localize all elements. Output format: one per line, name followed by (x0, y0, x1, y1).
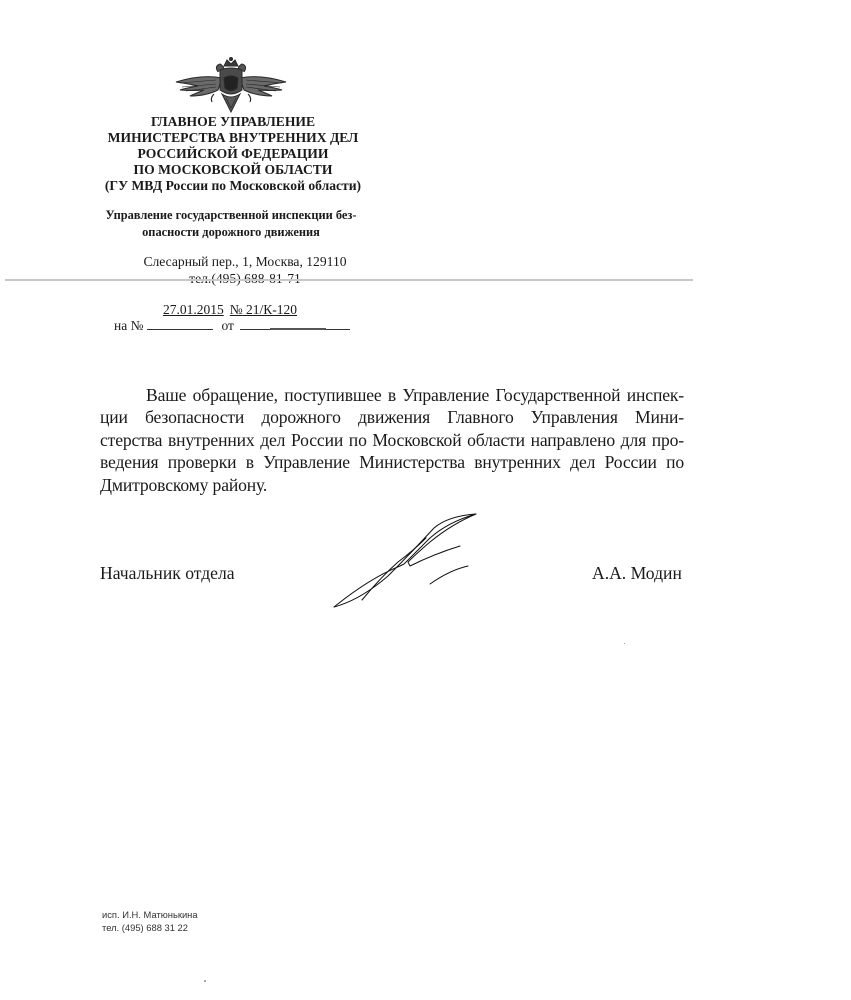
org-line: МИНИСТЕРСТВА ВНУТРЕННИХ ДЕЛ (100, 130, 366, 146)
organization-header: ГЛАВНОЕ УПРАВЛЕНИЕ МИНИСТЕРСТВА ВНУТРЕНН… (100, 114, 366, 194)
outgoing-number: 21/К-120 (246, 302, 297, 317)
ref-date-blank (240, 318, 350, 330)
executor-name: исп. И.Н. Матюнькина (102, 908, 198, 921)
number-label: № (230, 302, 243, 317)
ref-prefix: на № (114, 318, 143, 333)
org-line: ГЛАВНОЕ УПРАВЛЕНИЕ (100, 114, 366, 130)
signatory-title: Начальник отдела (100, 562, 235, 584)
scan-speck (624, 643, 625, 644)
body-line: ции безопасности дорожного движения Глав… (100, 406, 684, 428)
mvd-emblem-icon (172, 56, 290, 116)
org-line: (ГУ МВД России по Московской области) (100, 178, 366, 194)
handwritten-signature-icon (330, 508, 480, 612)
org-line: ПО МОСКОВСКОЙ ОБЛАСТИ (100, 162, 366, 178)
department-line: опасности дорожного движения (90, 224, 372, 241)
department-line: Управление государственной инспекции без… (90, 207, 372, 224)
executor-phone: тел. (495) 688 31 22 (102, 921, 198, 934)
ref-from-label: от (221, 318, 233, 333)
body-line: ведения проверки в Управление Министерст… (100, 451, 684, 473)
executor-info: исп. И.Н. Матюнькина тел. (495) 688 31 2… (102, 908, 198, 934)
scan-artifact-line (5, 279, 693, 281)
registration-number: 27.01.2015№ 21/К-120 (163, 302, 297, 318)
body-line: Дмитровскому району. (100, 474, 684, 496)
org-line: РОССИЙСКОЙ ФЕДЕРАЦИИ (100, 146, 366, 162)
scan-speck (204, 980, 206, 982)
body-line: стерства внутренних дел России по Москов… (100, 429, 684, 451)
registration-date: 27.01.2015 (163, 302, 224, 317)
letter-body: Ваше обращение, поступившее в Управление… (100, 384, 684, 496)
address-block: Слесарный пер., 1, Москва, 129110 тел.(4… (100, 253, 390, 287)
ref-number-blank (147, 318, 213, 330)
body-line: Ваше обращение, поступившее в Управление… (100, 384, 684, 406)
signatory-name: А.А. Модин (592, 562, 682, 584)
reference-line: на №от (114, 318, 350, 334)
street-address: Слесарный пер., 1, Москва, 129110 (100, 253, 390, 270)
department-name: Управление государственной инспекции без… (90, 207, 372, 240)
